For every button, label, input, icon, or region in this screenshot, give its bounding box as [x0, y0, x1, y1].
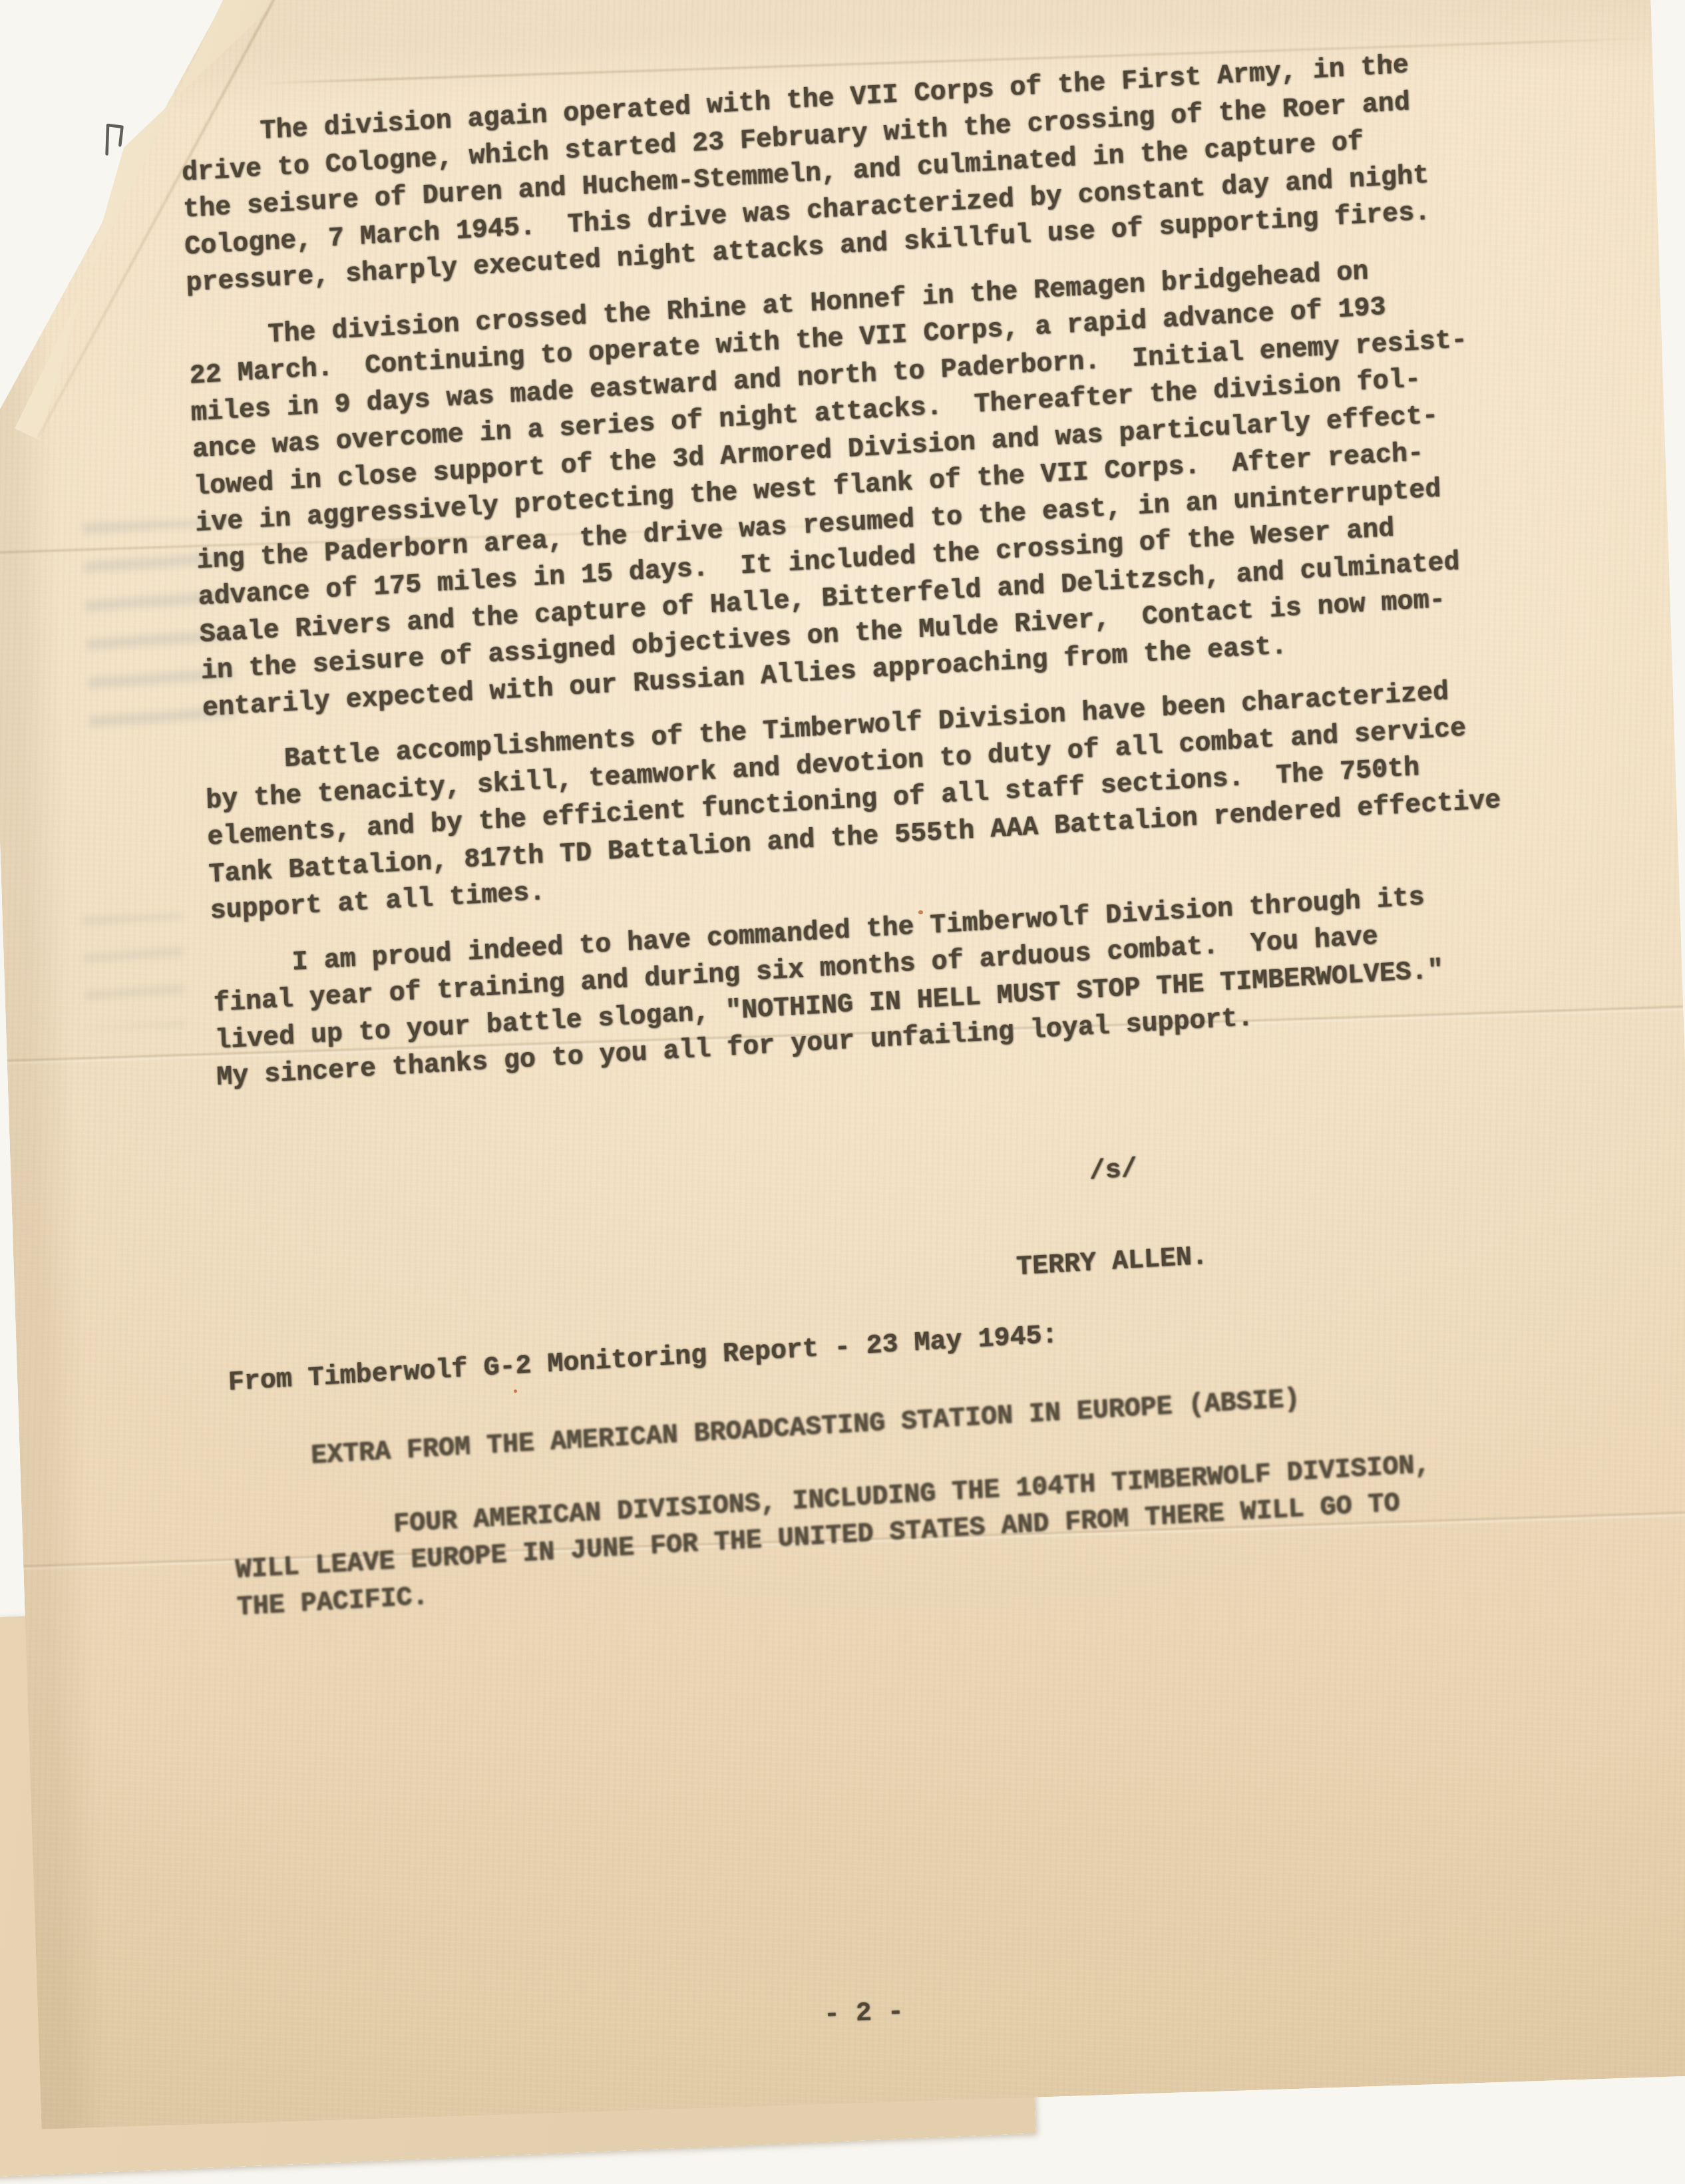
typed-body: The division again operated with the VII… — [180, 39, 1606, 1626]
signature-s-mark: /s/ — [222, 1125, 1592, 1241]
scanner-background: The division again operated with the VII… — [0, 0, 1685, 2184]
paragraph-rhine-crossing: The division crossed the Rhine at Honnef… — [188, 243, 1572, 728]
page-number: - 2 - — [823, 1998, 904, 2030]
staple-icon — [98, 117, 132, 158]
ink-bleed-ghost-text — [83, 913, 186, 1029]
